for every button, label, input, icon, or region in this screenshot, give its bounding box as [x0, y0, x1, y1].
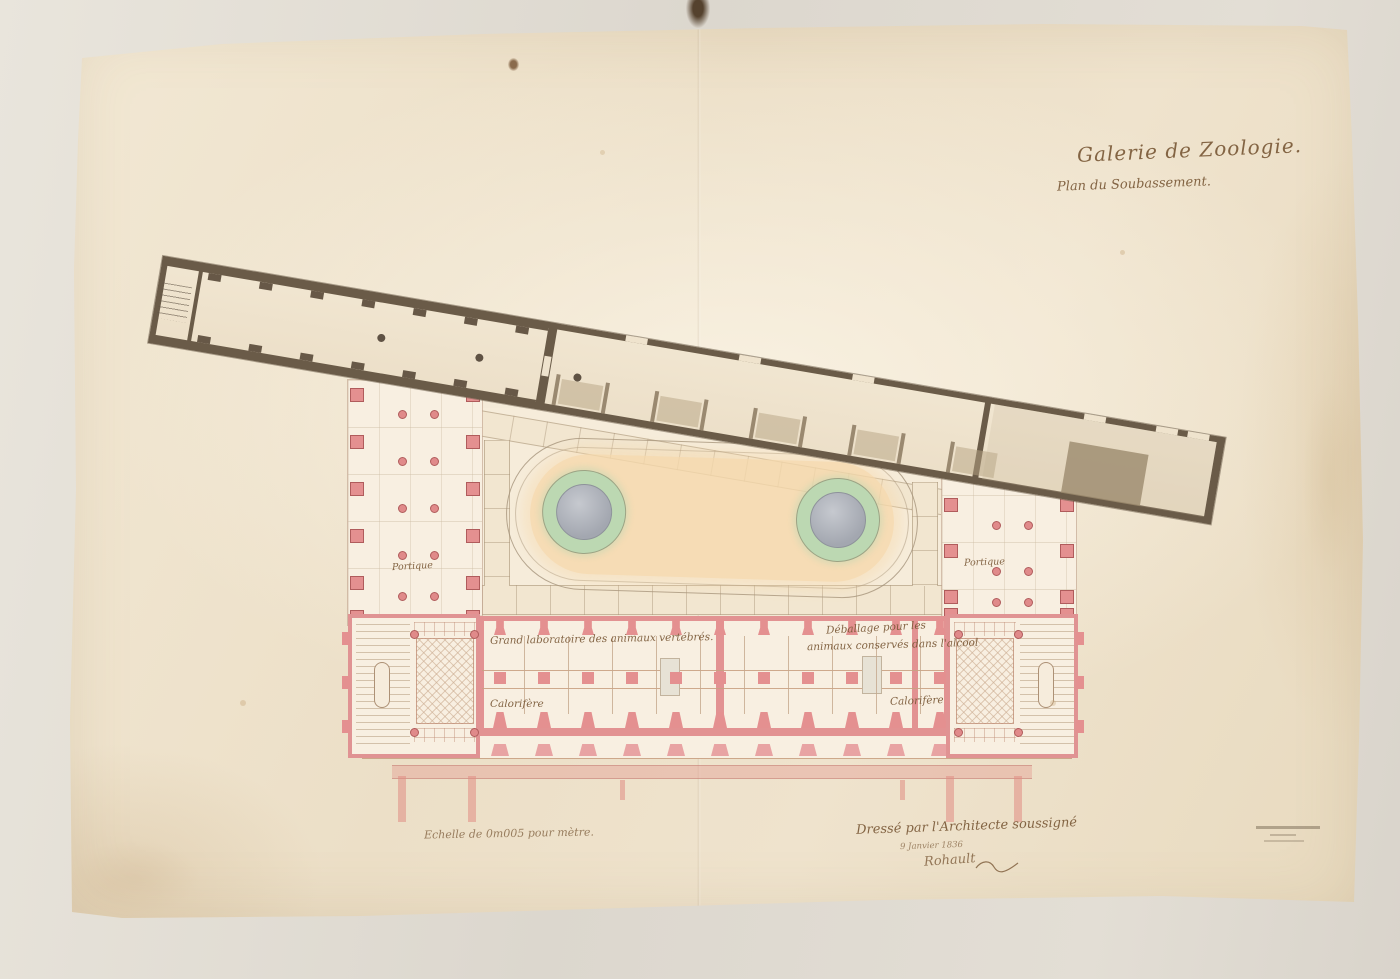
wall-opening: [852, 374, 875, 384]
exterior-buttress: [623, 744, 641, 756]
wing-pier: [350, 435, 364, 449]
exterior-buttress: [799, 744, 817, 756]
terrace-edge-line: [362, 758, 1072, 759]
label-calorifere-right: Calorifère: [890, 695, 944, 707]
room-pier-mid: [538, 672, 550, 684]
left-light-well-grille: [416, 638, 474, 724]
wing-column: [992, 521, 1001, 530]
pilaster: [310, 290, 324, 299]
wing-pier: [1060, 590, 1074, 604]
room-pier-mid: [670, 672, 682, 684]
room-pier-mid: [758, 672, 770, 684]
paper-sheet: Portique Portique Grand laboratoire des …: [62, 20, 1364, 920]
room-pier-south: [757, 712, 771, 728]
room-pier-mid: [626, 672, 638, 684]
wing-pier: [466, 576, 480, 590]
pilaster: [259, 282, 273, 291]
gallery-entry-stairs: [156, 282, 192, 323]
wing-pier: [350, 576, 364, 590]
label-portique-left: Portique: [392, 561, 433, 573]
room-pier-mid: [802, 672, 814, 684]
room-partition-line: [700, 636, 701, 714]
exterior-buttress: [843, 744, 861, 756]
left-grille-band-top: [414, 622, 476, 636]
pilaster: [515, 326, 529, 335]
pavilion-pilaster: [1076, 676, 1084, 689]
room-pier-south: [845, 712, 859, 728]
terrace-mark-left: [620, 780, 625, 800]
room-pier-north: [758, 619, 770, 635]
wing-column: [430, 457, 439, 466]
grille-column: [410, 630, 419, 639]
terrace-band: [392, 765, 1032, 779]
pavilion-pilaster: [342, 720, 350, 733]
pavilion-pilaster: [342, 676, 350, 689]
room-pier-south: [889, 712, 903, 728]
grille-column: [954, 728, 963, 737]
terrace-mark-right: [900, 780, 905, 800]
exterior-buttress: [579, 744, 597, 756]
grille-column: [470, 728, 479, 737]
terrace-stub-4: [1014, 776, 1022, 822]
grille-column: [410, 728, 419, 737]
wing-pier: [944, 544, 958, 558]
room-pier-mid: [890, 672, 902, 684]
left-stair-newel: [374, 662, 390, 708]
right-stair-newel: [1038, 662, 1054, 708]
cross-wall-right2: [912, 618, 918, 734]
room-partition-line: [744, 636, 745, 714]
room-pier-mid: [846, 672, 858, 684]
wing-pier: [466, 482, 480, 496]
label-calorifere-left: Calorifère: [490, 699, 544, 710]
wing-pier: [944, 590, 958, 604]
wing-column: [992, 567, 1001, 576]
wing-pier: [466, 435, 480, 449]
exterior-buttress: [887, 744, 905, 756]
exterior-buttress: [755, 744, 773, 756]
right-light-well-grille: [956, 638, 1014, 724]
grille-column: [470, 630, 479, 639]
pavilion-pilaster: [1076, 632, 1084, 645]
wall-opening: [739, 355, 762, 365]
room-pier-south: [493, 712, 507, 728]
edge-ink-blob: [686, 0, 710, 28]
room-pier-mid: [494, 672, 506, 684]
pavilion-pilaster: [1076, 720, 1084, 733]
grille-column: [1014, 630, 1023, 639]
wing-column: [430, 592, 439, 601]
wing-pier: [350, 482, 364, 496]
room-pier-south: [669, 712, 683, 728]
wing-column: [398, 410, 407, 419]
left-stair-pavilion: [348, 614, 480, 758]
wing-column: [398, 457, 407, 466]
wing-column: [430, 551, 439, 560]
exterior-buttress: [711, 744, 729, 756]
left-portico-wing: [348, 380, 482, 625]
wing-column: [430, 410, 439, 419]
signature-flourish: [974, 858, 1020, 874]
right-grille-band-bottom: [954, 728, 1016, 742]
pilaster: [361, 299, 375, 308]
exterior-buttress: [667, 744, 685, 756]
room-pier-mid: [582, 672, 594, 684]
scale-note: Echelle de 0m005 pour mètre.: [424, 827, 594, 841]
room-pier-mid: [714, 672, 726, 684]
terrace-stub-1: [398, 776, 406, 822]
basin-left-water: [555, 483, 613, 541]
room-pier-north: [538, 619, 550, 635]
room-pier-north: [802, 619, 814, 635]
collection-stamp-line1: [1256, 826, 1320, 829]
wing-column: [1024, 598, 1033, 607]
room-pier-north: [494, 619, 506, 635]
wing-column: [398, 504, 407, 513]
room-pier-south: [581, 712, 595, 728]
room-pier-south: [537, 712, 551, 728]
flue-right: [862, 656, 882, 694]
room-partition-line: [656, 636, 657, 714]
wing-column: [430, 504, 439, 513]
wing-column: [1024, 567, 1033, 576]
right-grille-band-top: [954, 622, 1016, 636]
wing-pier: [350, 529, 364, 543]
room-partition-line: [788, 636, 789, 714]
label-portique-right: Portique: [964, 557, 1005, 568]
column-dot: [377, 333, 386, 342]
pilaster: [464, 317, 478, 326]
wing-pier: [350, 388, 364, 402]
architect-signature: Rohault: [924, 852, 976, 869]
room-pier-south: [801, 712, 815, 728]
left-grille-band-bottom: [414, 728, 476, 742]
wall-opening: [625, 335, 648, 345]
terrace-stub-2: [468, 776, 476, 822]
wing-column: [992, 598, 1001, 607]
column-dot: [475, 353, 484, 362]
basin-right-water: [809, 491, 867, 549]
room-pier-south: [625, 712, 639, 728]
room-pier-mid: [934, 672, 946, 684]
wing-column: [398, 551, 407, 560]
credit-date: 9 Janvier 1836: [900, 841, 963, 852]
pilaster: [413, 308, 427, 317]
exterior-buttress: [491, 744, 509, 756]
room-partition-line: [612, 636, 613, 714]
wing-pier: [466, 529, 480, 543]
pavilion-pilaster: [342, 632, 350, 645]
scanned-architectural-drawing: Portique Portique Grand laboratoire des …: [0, 0, 1400, 979]
right-stair-pavilion: [946, 614, 1078, 758]
collection-stamp-line3: [1264, 840, 1304, 842]
gallery-hall-bottom-wall: [148, 334, 536, 409]
gallery-hall-top-wall: [161, 256, 549, 331]
room-partition-line: [568, 636, 569, 714]
collection-stamp-line2: [1270, 834, 1296, 836]
wing-column: [1024, 521, 1033, 530]
pilaster: [208, 273, 222, 282]
wing-pier: [944, 498, 958, 512]
grille-column: [1014, 728, 1023, 737]
exterior-buttress: [535, 744, 553, 756]
wing-column: [398, 592, 407, 601]
terrace-stub-3: [946, 776, 954, 822]
wing-pier: [1060, 544, 1074, 558]
